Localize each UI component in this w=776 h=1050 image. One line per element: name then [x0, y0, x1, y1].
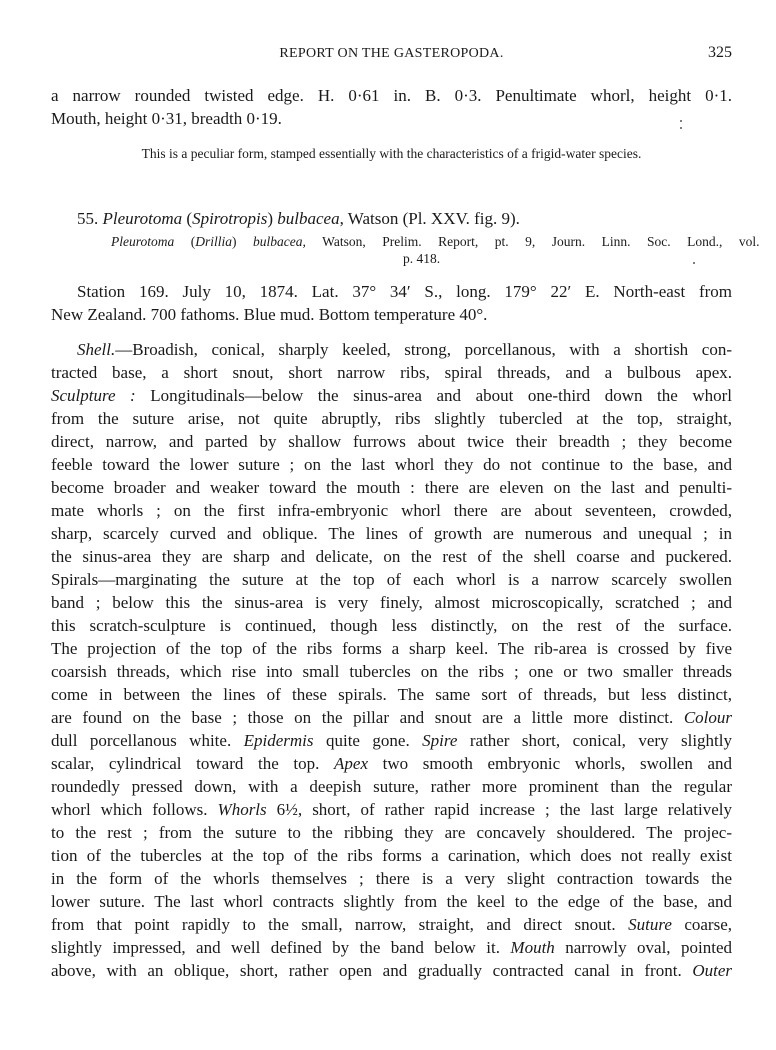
text-run: coarsish threads, which rise into small … — [51, 662, 732, 681]
text-run: band ; below this the sinus-area is very… — [51, 593, 732, 612]
text-line: Station 169. July 10, 1874. Lat. 37° 34′… — [51, 280, 732, 303]
text-run: this scratch-sculpture is continued, tho… — [51, 616, 732, 635]
text-run: two smooth embryonic whorls, swollen and — [368, 754, 732, 773]
text-line: direct, narrow, and parted by shallow fu… — [51, 430, 732, 453]
text-line: become broader and weaker toward the mou… — [51, 476, 732, 499]
italic-term: Spire — [422, 731, 457, 750]
italic-term: Apex — [334, 754, 368, 773]
text-line: from that point rapidly to the small, na… — [51, 913, 732, 936]
species-heading: 55. Pleurotoma (Spirotropis) bulbacea, W… — [51, 208, 758, 230]
italic-term: Epidermis — [244, 731, 314, 750]
text-run: quite gone. — [314, 731, 423, 750]
synonym-subgenus: Drillia — [195, 234, 232, 249]
station-paragraph: Station 169. July 10, 1874. Lat. 37° 34′… — [51, 280, 732, 326]
italic-term: Suture — [628, 915, 672, 934]
text-line: coarsish threads, which rise into small … — [51, 660, 732, 683]
scan-speck — [680, 120, 682, 122]
text-run: rather short, conical, very slightly — [457, 731, 732, 750]
text-line: Sculpture : Longitudinals—below the sinu… — [51, 384, 732, 407]
species-genus: Pleurotoma — [103, 209, 183, 228]
text-line: a narrow rounded twisted edge. H. 0·61 i… — [51, 84, 732, 107]
text-run: narrowly oval, pointed — [555, 938, 732, 957]
text-line: are found on the base ; those on the pil… — [51, 706, 732, 729]
text-line: lower suture. The last whorl contracts s… — [51, 890, 732, 913]
italic-term: Shell. — [77, 340, 115, 359]
shell-description: Shell.—Broadish, conical, sharply keeled… — [51, 338, 732, 982]
text-line: The projection of the top of the ribs fo… — [51, 637, 732, 660]
text-line: in the form of the whorls themselves ; t… — [51, 867, 732, 890]
synonym-citation: Pleurotoma (Drillia) bulbacea, Watson, P… — [51, 233, 776, 267]
text-line: slightly impressed, and well defined by … — [51, 936, 732, 959]
text-run: from that point rapidly to the small, na… — [51, 915, 628, 934]
text-run: direct, narrow, and parted by shallow fu… — [51, 432, 732, 451]
text-run: from the suture arise, not quite abruptl… — [51, 409, 732, 428]
text-run: whorl which follows. — [51, 800, 218, 819]
text-line: the sinus-area they are sharp and delica… — [51, 545, 732, 568]
synonym-page: p. 418. — [51, 250, 776, 267]
text-run: coarse, — [672, 915, 732, 934]
species-subgenus-wrap: (Spirotropis) — [186, 209, 273, 228]
italic-term: Colour — [684, 708, 732, 727]
scan-speck — [693, 262, 695, 264]
text-run: sharp, scarcely curved and oblique. The … — [51, 524, 732, 543]
synonym-epithet: bulbacea, — [253, 234, 306, 249]
continuation-paragraph: a narrow rounded twisted edge. H. 0·61 i… — [51, 84, 732, 130]
text-line: above, with an oblique, short, rather op… — [51, 959, 732, 982]
text-run: Longitudinals—below the sinus-area and a… — [136, 386, 732, 405]
text-line: sharp, scarcely curved and oblique. The … — [51, 522, 732, 545]
text-line: New Zealand. 700 fathoms. Blue mud. Bott… — [51, 303, 732, 326]
text-line: band ; below this the sinus-area is very… — [51, 591, 732, 614]
text-run: become broader and weaker toward the mou… — [51, 478, 732, 497]
italic-term: Outer — [692, 961, 732, 980]
synonym-line: Pleurotoma (Drillia) bulbacea, Watson, P… — [111, 233, 776, 250]
text-run: feeble toward the lower suture ; on the … — [51, 455, 732, 474]
text-line: tion of the tubercles at the top of the … — [51, 844, 732, 867]
synonym-subgenus-wrap: (Drillia) — [191, 234, 237, 249]
text-line: Mouth, height 0·31, breadth 0·19. — [51, 107, 732, 130]
text-run: 6½, short, of rather rapid increase ; th… — [267, 800, 732, 819]
text-run: lower suture. The last whorl contracts s… — [51, 892, 732, 911]
italic-term: Whorls — [218, 800, 267, 819]
remark-note: This is a peculiar form, stamped essenti… — [51, 145, 732, 163]
text-run: The projection of the top of the ribs fo… — [51, 639, 732, 658]
text-run: come in between the lines of these spira… — [51, 685, 732, 704]
italic-term: Sculpture : — [51, 386, 136, 405]
text-run: mate whorls ; on the first infra-embryon… — [51, 501, 732, 520]
text-run: above, with an oblique, short, rather op… — [51, 961, 692, 980]
text-run: tracted base, a short snout, short narro… — [51, 363, 732, 382]
synonym-genus: Pleurotoma — [111, 234, 174, 249]
species-author-plate: , Watson (Pl. XXV. fig. 9). — [340, 209, 520, 228]
text-line: Shell.—Broadish, conical, sharply keeled… — [51, 338, 732, 361]
text-line: feeble toward the lower suture ; on the … — [51, 453, 732, 476]
scan-speck — [680, 127, 682, 129]
text-line: tracted base, a short snout, short narro… — [51, 361, 732, 384]
text-run: in the form of the whorls themselves ; t… — [51, 869, 732, 888]
italic-term: Mouth — [510, 938, 554, 957]
text-line: Spirals—marginating the suture at the to… — [51, 568, 732, 591]
text-line: come in between the lines of these spira… — [51, 683, 732, 706]
text-run: scalar, cylindrical toward the top. — [51, 754, 334, 773]
text-run: slightly impressed, and well defined by … — [51, 938, 510, 957]
text-line: from the suture arise, not quite abruptl… — [51, 407, 732, 430]
text-line: mate whorls ; on the first infra-embryon… — [51, 499, 732, 522]
species-subgenus: Spirotropis — [192, 209, 267, 228]
text-line: dull porcellanous white. Epidermis quite… — [51, 729, 732, 752]
text-run: tion of the tubercles at the top of the … — [51, 846, 732, 865]
text-line: whorl which follows. Whorls 6½, short, o… — [51, 798, 732, 821]
text-run: to the rest ; from the suture to the rib… — [51, 823, 732, 842]
text-run: dull porcellanous white. — [51, 731, 244, 750]
species-epithet: bulbacea — [277, 209, 339, 228]
running-header: REPORT ON THE GASTEROPODA. 325 — [51, 44, 732, 64]
text-line: roundedly pressed down, with a deepish s… — [51, 775, 732, 798]
text-line: scalar, cylindrical toward the top. Apex… — [51, 752, 732, 775]
page-number: 325 — [708, 44, 732, 62]
synonym-citation-text: Watson, Prelim. Report, pt. 9, Journ. Li… — [306, 234, 776, 249]
text-line: this scratch-sculpture is continued, tho… — [51, 614, 732, 637]
text-line: to the rest ; from the suture to the rib… — [51, 821, 732, 844]
text-run: roundedly pressed down, with a deepish s… — [51, 777, 732, 796]
text-run: Spirals—marginating the suture at the to… — [51, 570, 732, 589]
species-number: 55. — [77, 209, 98, 228]
text-run: are found on the base ; those on the pil… — [51, 708, 684, 727]
running-title: REPORT ON THE GASTEROPODA. — [51, 46, 732, 62]
text-run: —Broadish, conical, sharply keeled, stro… — [115, 340, 732, 359]
text-run: the sinus-area they are sharp and delica… — [51, 547, 732, 566]
